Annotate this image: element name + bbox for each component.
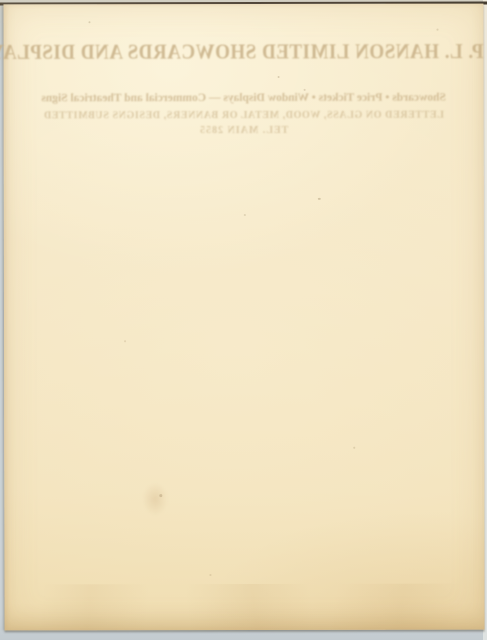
- paper-bottom-wrinkles: [4, 584, 484, 631]
- aged-paper-sheet: P. L. HANSON LIMITED SHOWCARDS AND DISPL…: [3, 4, 484, 631]
- bleedthrough-subline-1: Showcards • Price Tickets • Window Displ…: [4, 92, 484, 105]
- paper-speck: [318, 198, 321, 200]
- paper-speck: [278, 76, 280, 78]
- paper-speck: [244, 214, 246, 216]
- bleedthrough-phone-line: TEL. MAIN 2855: [4, 125, 484, 137]
- bleedthrough-subline-2: LETTERED ON GLASS, WOOD, METAL OR BANNER…: [4, 110, 484, 122]
- paper-speck: [88, 21, 90, 23]
- paper-speck: [124, 340, 126, 342]
- paper-smudge: [142, 482, 168, 516]
- paper-speck: [209, 574, 211, 576]
- mirrored-bleedthrough-text: P. L. HANSON LIMITED SHOWCARDS AND DISPL…: [4, 42, 484, 153]
- scanned-page-photo: P. L. HANSON LIMITED SHOWCARDS AND DISPL…: [0, 0, 487, 640]
- paper-speck: [353, 447, 355, 449]
- bleedthrough-headline: P. L. HANSON LIMITED SHOWCARDS AND DISPL…: [4, 40, 484, 65]
- paper-speck: [436, 29, 438, 31]
- paper-speck: [304, 89, 306, 91]
